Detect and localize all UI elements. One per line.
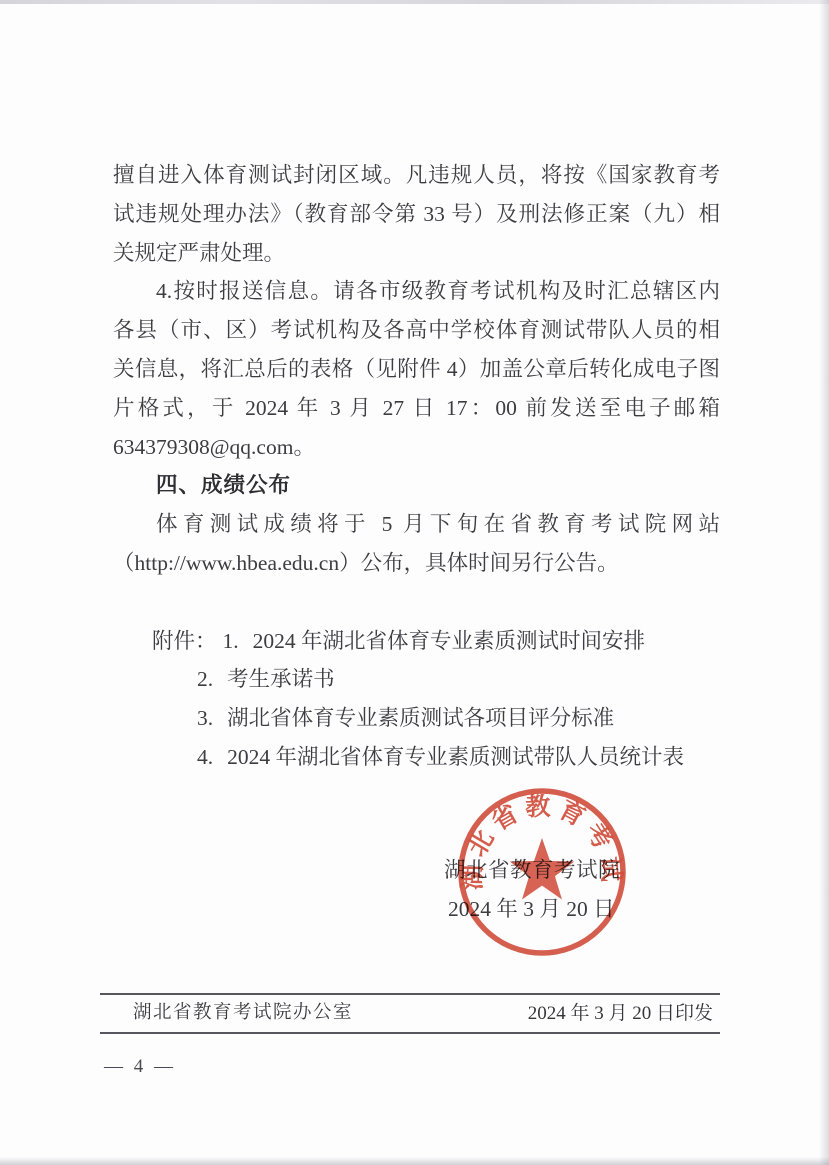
body-line: 4.按时报送信息。请各市级教育考试机构及时汇总辖区内	[113, 272, 720, 311]
email-address: 634379308@qq.com。	[113, 428, 720, 467]
body-line: 擅自进入体育测试封闭区域。凡违规人员，将按《国家教育考	[113, 156, 720, 195]
scan-edge-bottom	[0, 1157, 829, 1165]
scan-edge-right	[819, 0, 829, 1165]
body-line: 试违规处理办法》（教育部令第 33 号）及刑法修正案（九）相	[113, 195, 720, 234]
attachment-item: 4.2024 年湖北省体育专业素质测试带队人员统计表	[113, 738, 720, 777]
official-seal: 湖北省教育考试院	[454, 784, 630, 960]
page-number: — 4 —	[104, 1052, 176, 1082]
attachment-number: 2.	[197, 667, 213, 691]
attachment-title: 湖北省体育专业素质测试各项目评分标准	[227, 706, 614, 730]
attachment-number: 1.	[223, 629, 239, 653]
body-line: 关规定严肃处理。	[113, 234, 720, 273]
body-line: 关信息，将汇总后的表格（见附件 4）加盖公章后转化成电子图	[113, 350, 720, 389]
scan-edge-top	[0, 0, 829, 4]
star-icon	[510, 838, 575, 900]
attachment-item: 3.湖北省体育专业素质测试各项目评分标准	[113, 699, 720, 738]
footer-issuing-office: 湖北省教育考试院办公室	[133, 997, 353, 1030]
body-line: 体育测试成绩将于 5 月下旬在省教育考试院网站	[113, 505, 720, 544]
attachment-title: 考生承诺书	[227, 667, 335, 691]
attachment-item: 2.考生承诺书	[113, 660, 720, 699]
footer-rule-bottom	[100, 1032, 720, 1034]
attachment-title: 2024 年湖北省体育专业素质测试时间安排	[253, 629, 645, 653]
footer-issue-date: 2024 年 3 月 20 日印发	[528, 997, 713, 1030]
attachments-label: 附件：	[152, 629, 217, 653]
attachment-title: 2024 年湖北省体育专业素质测试带队人员统计表	[227, 745, 684, 769]
blank-line	[113, 583, 720, 622]
attachment-number: 4.	[197, 745, 213, 769]
website-line: （http://www.hbea.edu.cn）公布，具体时间另行公告。	[113, 544, 720, 583]
body-line: 各县（市、区）考试机构及各高中学校体育测试带队人员的相	[113, 311, 720, 350]
body-line: 片格式，于 2024 年 3 月 27 日 17：00 前发送至电子邮箱	[113, 389, 720, 428]
attachment-item: 附件：1.2024 年湖北省体育专业素质测试时间安排	[113, 622, 720, 661]
body-text: 擅自进入体育测试封闭区域。凡违规人员，将按《国家教育考 试违规处理办法》（教育部…	[113, 156, 720, 777]
attachment-number: 3.	[197, 706, 213, 730]
footer-rule-top	[100, 993, 720, 995]
document-page: 擅自进入体育测试封闭区域。凡违规人员，将按《国家教育考 试违规处理办法》（教育部…	[0, 0, 829, 1165]
section-heading: 四、成绩公布	[113, 466, 720, 505]
